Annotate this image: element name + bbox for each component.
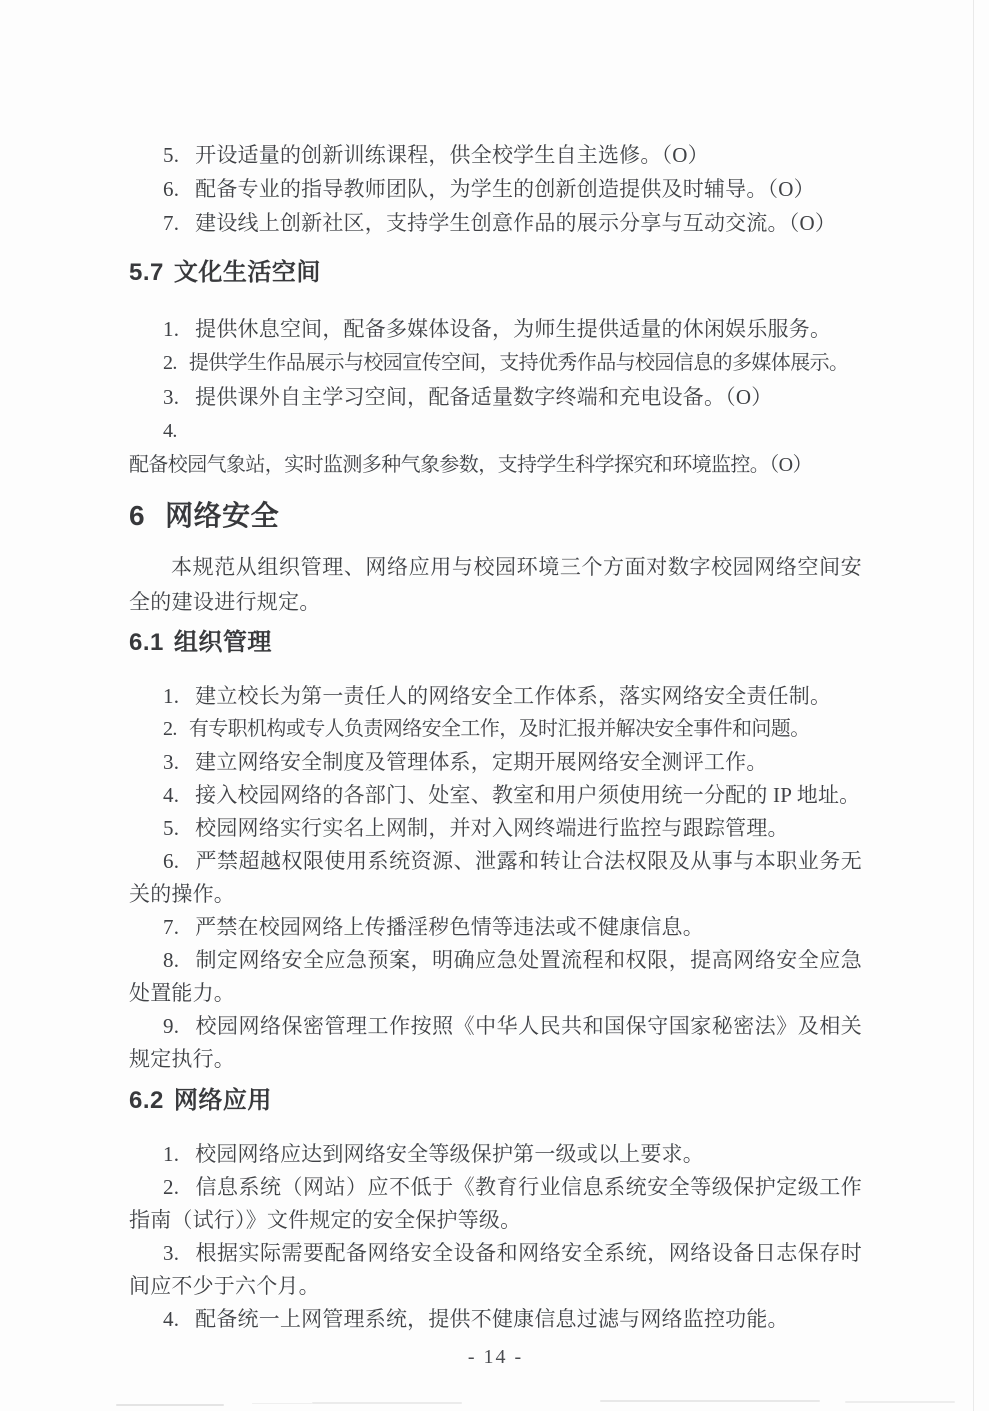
list-item-number: 4. <box>163 420 177 442</box>
list-item-text: 校园网络实行实名上网制，并对入网终端进行监控与跟踪管理。 <box>195 816 789 840</box>
list-item-text: 提供学生作品展示与校园宣传空间，支持优秀作品与校园信息的多媒体展示。 <box>189 352 849 374</box>
list-item-number: 2. <box>163 718 177 740</box>
list-item: 3.提供课外自主学习空间，配备适量数字终端和充电设备。（O） <box>129 380 862 414</box>
chapter-heading-6: 6网络安全 <box>129 498 862 534</box>
list-item-text: 提供休息空间，配备多媒体设备，为师生提供适量的休闲娱乐服务。 <box>195 317 831 341</box>
section-number: 6.1 <box>129 629 164 656</box>
list-item-text: 有专职机构或专人负责网络安全工作，及时汇报并解决安全事件和问题。 <box>189 718 810 740</box>
section-5-7-list: 1.提供休息空间，配备多媒体设备，为师生提供适量的休闲娱乐服务。 2.提供学生作… <box>129 312 862 482</box>
list-item-text: 配备统一上网管理系统，提供不健康信息过滤与网络监控功能。 <box>195 1307 789 1331</box>
section-number: 5.7 <box>129 259 164 286</box>
list-item: 3.建立网络安全制度及管理体系，定期开展网络安全测评工作。 <box>129 746 862 779</box>
list-item: 9.校园网络保密管理工作按照《中华人民共和国保守国家秘密法》及相关规定执行。 <box>129 1010 862 1076</box>
list-item: 4.接入校园网络的各部门、处室、教室和用户须使用统一分配的 IP 地址。 <box>129 779 862 812</box>
list-item-number: 2. <box>163 1175 179 1199</box>
list-item-text: 配备专业的指导教师团队，为学生的创新创造提供及时辅导。（O） <box>195 177 815 201</box>
list-item-text: 严禁在校园网络上传播淫秽色情等违法或不健康信息。 <box>195 915 704 939</box>
chapter-title: 网络安全 <box>165 500 279 531</box>
document-page: 5.开设适量的创新训练课程，供全校学生自主选修。（O） 6.配备专业的指导教师团… <box>0 0 989 1411</box>
chapter-number: 6 <box>129 500 145 531</box>
list-item: 1.提供休息空间，配备多媒体设备，为师生提供适量的休闲娱乐服务。 <box>129 312 862 346</box>
section-title: 网络应用 <box>174 1087 272 1114</box>
list-item-number: 7. <box>163 211 179 235</box>
chapter-intro-paragraph: 本规范从组织管理、网络应用与校园环境三个方面对数字校园网络空间安全的建设进行规定… <box>129 550 862 620</box>
scan-smudge <box>600 1400 820 1402</box>
list-item-text: 配备校园气象站，实时监测多种气象参数，支持学生科学探究和环境监控。（O） <box>129 454 812 476</box>
list-item: 1.建立校长为第一责任人的网络安全工作体系，落实网络安全责任制。 <box>129 680 862 713</box>
list-item: 6.严禁超越权限使用系统资源、泄露和转让合法权限及从事与本职业务无关的操作。 <box>129 845 862 911</box>
list-item-number: 6. <box>163 177 179 201</box>
list-item: 7.建设线上创新社区，支持学生创意作品的展示分享与互动交流。（O） <box>129 206 862 240</box>
section-title: 组织管理 <box>174 629 272 656</box>
list-item-text: 制定网络安全应急预案，明确应急处置流程和权限，提高网络安全应急处置能力。 <box>129 948 862 1005</box>
list-item: 2.信息系统（网站）应不低于《教育行业信息系统安全等级保护定级工作指南（试行）》… <box>129 1171 862 1237</box>
page-content: 5.开设适量的创新训练课程，供全校学生自主选修。（O） 6.配备专业的指导教师团… <box>0 0 989 1370</box>
list-item: 8.制定网络安全应急预案，明确应急处置流程和权限，提高网络安全应急处置能力。 <box>129 944 862 1010</box>
list-item-number: 3. <box>163 385 179 409</box>
list-item-number: 3. <box>163 1241 179 1265</box>
scan-smudge <box>845 1401 955 1403</box>
page-number: - 14 - <box>129 1344 862 1370</box>
list-item: 2.有专职机构或专人负责网络安全工作，及时汇报并解决安全事件和问题。 <box>129 713 862 746</box>
scan-smudge <box>252 1403 312 1404</box>
list-item-number: 1. <box>163 1142 179 1166</box>
list-item-text: 建立网络安全制度及管理体系，定期开展网络安全测评工作。 <box>195 750 767 774</box>
scan-edge-line <box>973 0 974 1411</box>
list-item: 7.严禁在校园网络上传播淫秽色情等违法或不健康信息。 <box>129 911 862 944</box>
list-item-number: 3. <box>163 750 179 774</box>
list-item: 2.提供学生作品展示与校园宣传空间，支持优秀作品与校园信息的多媒体展示。 <box>129 346 862 380</box>
list-item-number: 5. <box>163 143 179 167</box>
list-item-number: 1. <box>163 684 179 708</box>
section-title: 文化生活空间 <box>174 259 321 286</box>
section-6-1-list: 1.建立校长为第一责任人的网络安全工作体系，落实网络安全责任制。 2.有专职机构… <box>129 680 862 1076</box>
list-item: 3.根据实际需要配备网络安全设备和网络安全系统，网络设备日志保存时间应不少于六个… <box>129 1237 862 1303</box>
section-heading-5-7: 5.7文化生活空间 <box>129 258 862 288</box>
list-item-number: 6. <box>163 849 179 873</box>
list-item-number: 5. <box>163 816 179 840</box>
list-item-number: 4. <box>163 783 179 807</box>
list-item: 5.开设适量的创新训练课程，供全校学生自主选修。（O） <box>129 138 862 172</box>
list-item: 4.配备校园气象站，实时监测多种气象参数，支持学生科学探究和环境监控。（O） <box>129 414 862 482</box>
list-item-number: 1. <box>163 317 179 341</box>
list-item-text: 校园网络保密管理工作按照《中华人民共和国保守国家秘密法》及相关规定执行。 <box>129 1014 862 1071</box>
section-heading-6-1: 6.1组织管理 <box>129 628 862 658</box>
list-item-number: 2. <box>163 352 177 374</box>
list-item-text: 校园网络应达到网络安全等级保护第一级或以上要求。 <box>195 1142 704 1166</box>
section-heading-6-2: 6.2网络应用 <box>129 1086 862 1116</box>
list-item-number: 8. <box>163 948 179 972</box>
list-item-text: 建立校长为第一责任人的网络安全工作体系，落实网络安全责任制。 <box>195 684 831 708</box>
list-item-text: 接入校园网络的各部门、处室、教室和用户须使用统一分配的 IP 地址。 <box>195 783 860 807</box>
list-item: 4.配备统一上网管理系统，提供不健康信息过滤与网络监控功能。 <box>129 1303 862 1336</box>
list-item-number: 7. <box>163 915 179 939</box>
list-item: 6.配备专业的指导教师团队，为学生的创新创造提供及时辅导。（O） <box>129 172 862 206</box>
list-item: 1.校园网络应达到网络安全等级保护第一级或以上要求。 <box>129 1138 862 1171</box>
list-item-number: 4. <box>163 1307 179 1331</box>
list-item-text: 开设适量的创新训练课程，供全校学生自主选修。（O） <box>195 143 709 167</box>
list-item-text: 根据实际需要配备网络安全设备和网络安全系统，网络设备日志保存时间应不少于六个月。 <box>129 1241 862 1298</box>
list-item-text: 信息系统（网站）应不低于《教育行业信息系统安全等级保护定级工作指南（试行）》文件… <box>129 1175 862 1232</box>
list-item-text: 严禁超越权限使用系统资源、泄露和转让合法权限及从事与本职业务无关的操作。 <box>129 849 862 906</box>
list-previous-section: 5.开设适量的创新训练课程，供全校学生自主选修。（O） 6.配备专业的指导教师团… <box>129 138 862 240</box>
list-item-text: 提供课外自主学习空间，配备适量数字终端和充电设备。（O） <box>195 385 772 409</box>
list-item-text: 建设线上创新社区，支持学生创意作品的展示分享与互动交流。（O） <box>195 211 836 235</box>
scan-smudge <box>312 1402 462 1404</box>
scan-smudge <box>116 1404 224 1406</box>
list-item: 5.校园网络实行实名上网制，并对入网终端进行监控与跟踪管理。 <box>129 812 862 845</box>
list-item-number: 9. <box>163 1014 179 1038</box>
section-number: 6.2 <box>129 1087 164 1114</box>
section-6-2-list: 1.校园网络应达到网络安全等级保护第一级或以上要求。 2.信息系统（网站）应不低… <box>129 1138 862 1336</box>
